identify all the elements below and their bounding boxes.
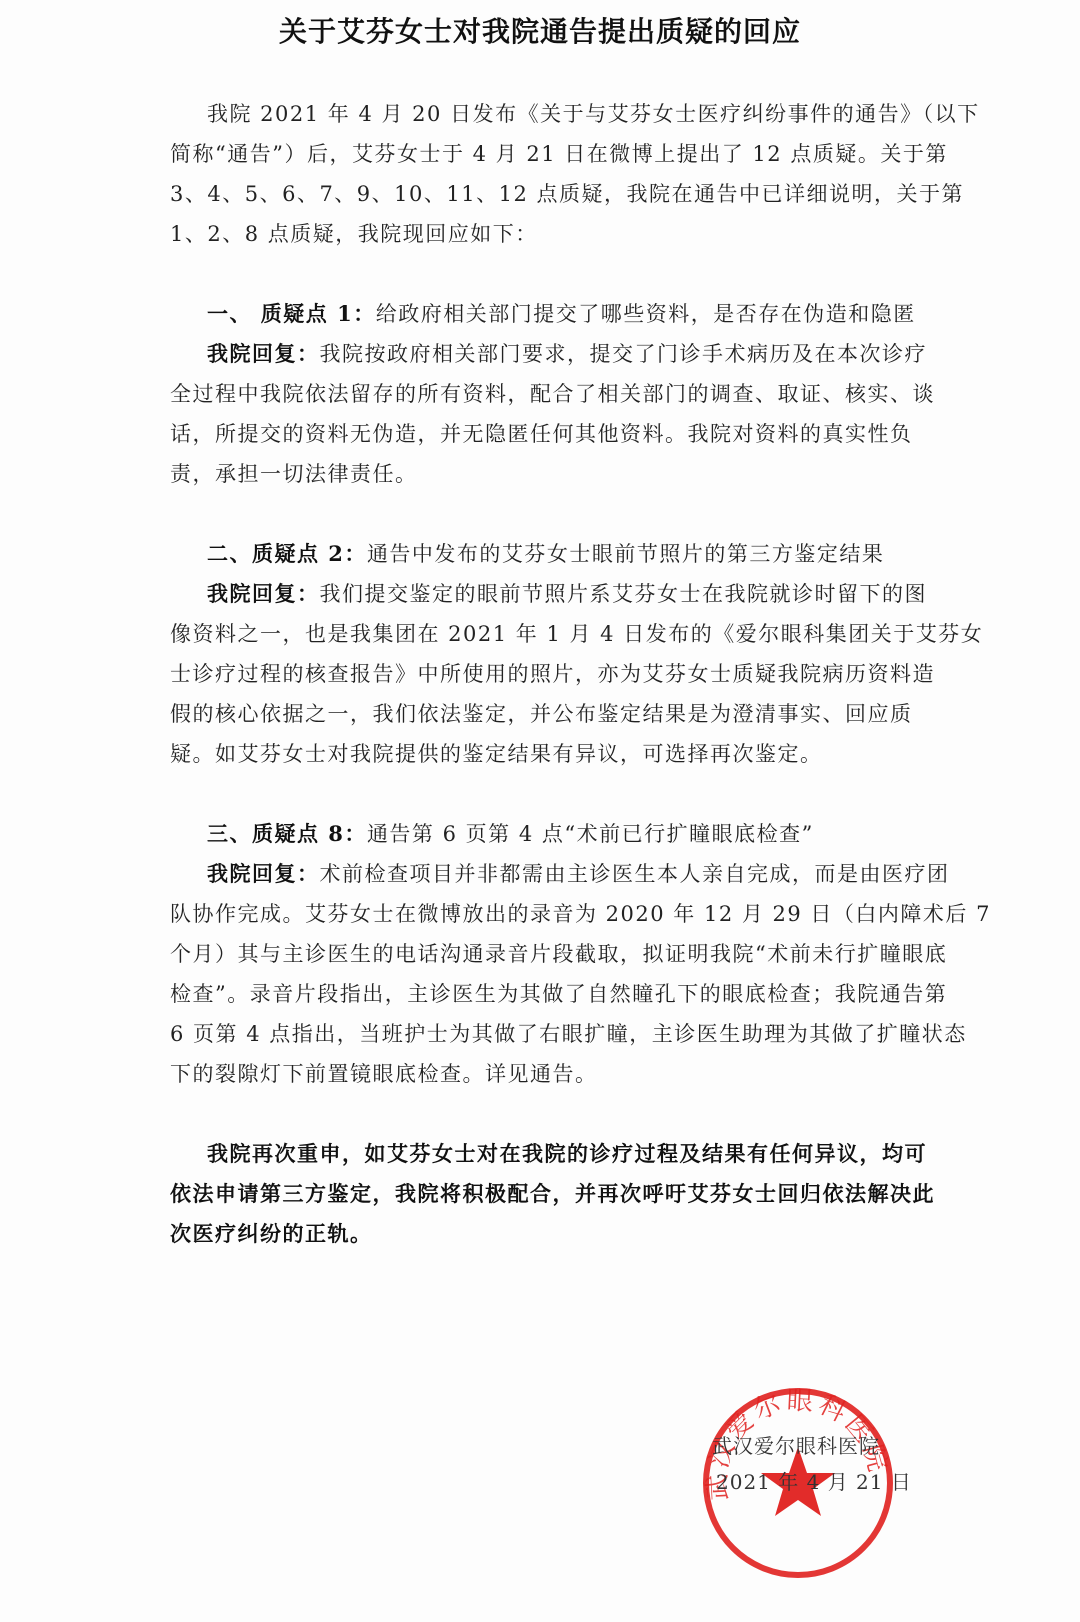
- reply-text: 我院按政府相关部门要求，提交了门诊手术病历及在本次诊疗: [320, 342, 928, 366]
- section-3-line: 下的裂隙灯下前置镜眼底检查。详见通告。: [170, 1060, 598, 1088]
- section-heading-text: 通告第 6 页第 4 点“术前已行扩瞳眼底检查”: [367, 822, 814, 846]
- section-1-reply: 我院回复：我院按政府相关部门要求，提交了门诊手术病历及在本次诊疗: [207, 340, 927, 368]
- section-heading-label: 一、 质疑点 1：: [207, 301, 376, 326]
- closing-line: 我院再次重申，如艾芬女士对在我院的诊疗过程及结果有任何异议，均可: [207, 1140, 927, 1168]
- section-3-line: 检查”。录音片段指出，主诊医生为其做了自然瞳孔下的眼底检查；我院通告第: [170, 980, 947, 1008]
- reply-label: 我院回复：: [207, 581, 320, 606]
- section-2-heading: 二、质疑点 2：通告中发布的艾芬女士眼前节照片的第三方鉴定结果: [207, 540, 884, 568]
- section-1-line: 话，所提交的资料无伪造，并无隐匿任何其他资料。我院对资料的真实性负: [170, 420, 913, 448]
- section-1-heading: 一、 质疑点 1：给政府相关部门提交了哪些资料，是否存在伪造和隐匿: [207, 300, 916, 328]
- section-3-heading: 三、质疑点 8：通告第 6 页第 4 点“术前已行扩瞳眼底检查”: [207, 820, 814, 848]
- section-3-line: 6 页第 4 点指出，当班护士为其做了右眼扩瞳，主诊医生助理为其做了扩瞳状态: [170, 1020, 967, 1048]
- reply-label: 我院回复：: [207, 861, 320, 886]
- section-3-line: 队协作完成。艾芬女士在微博放出的录音为 2020 年 12 月 29 日（白内障…: [170, 900, 991, 928]
- reply-label: 我院回复：: [207, 341, 320, 366]
- reply-text: 术前检查项目并非都需由主诊医生本人亲自完成，而是由医疗团: [320, 862, 950, 886]
- reply-text: 我们提交鉴定的眼前节照片系艾芬女士在我院就诊时留下的图: [320, 582, 928, 606]
- section-1-line: 全过程中我院依法留存的所有资料，配合了相关部门的调查、取证、核实、谈: [170, 380, 935, 408]
- section-heading-label: 二、质疑点 2：: [207, 541, 367, 566]
- section-1-line: 责，承担一切法律责任。: [170, 460, 418, 488]
- intro-line: 简称“通告”）后，艾芬女士于 4 月 21 日在微博上提出了 12 点质疑。关于…: [170, 140, 948, 168]
- signature-date: 2021 年 4 月 21 日: [716, 1466, 912, 1495]
- section-2-line: 假的核心依据之一，我们依法鉴定，并公布鉴定结果是为澄清事实、回应质: [170, 700, 913, 728]
- intro-line: 1、2、8 点质疑，我院现回应如下：: [170, 220, 538, 248]
- signature-organization: 武汉爱尔眼科医院: [712, 1430, 880, 1459]
- section-heading-label: 三、质疑点 8：: [207, 821, 367, 846]
- section-2-line: 士诊疗过程的核查报告》中所使用的照片，亦为艾芬女士质疑我院病历资料造: [170, 660, 935, 688]
- intro-line: 我院 2021 年 4 月 20 日发布《关于与艾芬女士医疗纠纷事件的通告》（以…: [207, 100, 980, 128]
- section-2-line: 疑。如艾芬女士对我院提供的鉴定结果有异议，可选择再次鉴定。: [170, 740, 823, 768]
- document-page: 关于艾芬女士对我院通告提出质疑的回应 我院 2021 年 4 月 20 日发布《…: [0, 0, 1080, 1622]
- section-2-line: 像资料之一，也是我集团在 2021 年 1 月 4 日发布的《爱尔眼科集团关于艾…: [170, 620, 983, 648]
- section-heading-text: 通告中发布的艾芬女士眼前节照片的第三方鉴定结果: [367, 542, 885, 566]
- section-3-line: 个月）其与主诊医生的电话沟通录音片段截取，拟证明我院“术前未行扩瞳眼底: [170, 940, 947, 968]
- intro-line: 3、4、5、6、7、9、10、11、12 点质疑，我院在通告中已详细说明，关于第: [170, 180, 964, 208]
- closing-line: 依法申请第三方鉴定，我院将积极配合，并再次呼吁艾芬女士回归依法解决此: [170, 1180, 935, 1208]
- document-title: 关于艾芬女士对我院通告提出质疑的回应: [0, 10, 1080, 50]
- closing-line: 次医疗纠纷的正轨。: [170, 1220, 373, 1248]
- section-2-reply: 我院回复：我们提交鉴定的眼前节照片系艾芬女士在我院就诊时留下的图: [207, 580, 927, 608]
- section-heading-text: 给政府相关部门提交了哪些资料，是否存在伪造和隐匿: [376, 302, 916, 326]
- section-3-reply: 我院回复：术前检查项目并非都需由主诊医生本人亲自完成，而是由医疗团: [207, 860, 950, 888]
